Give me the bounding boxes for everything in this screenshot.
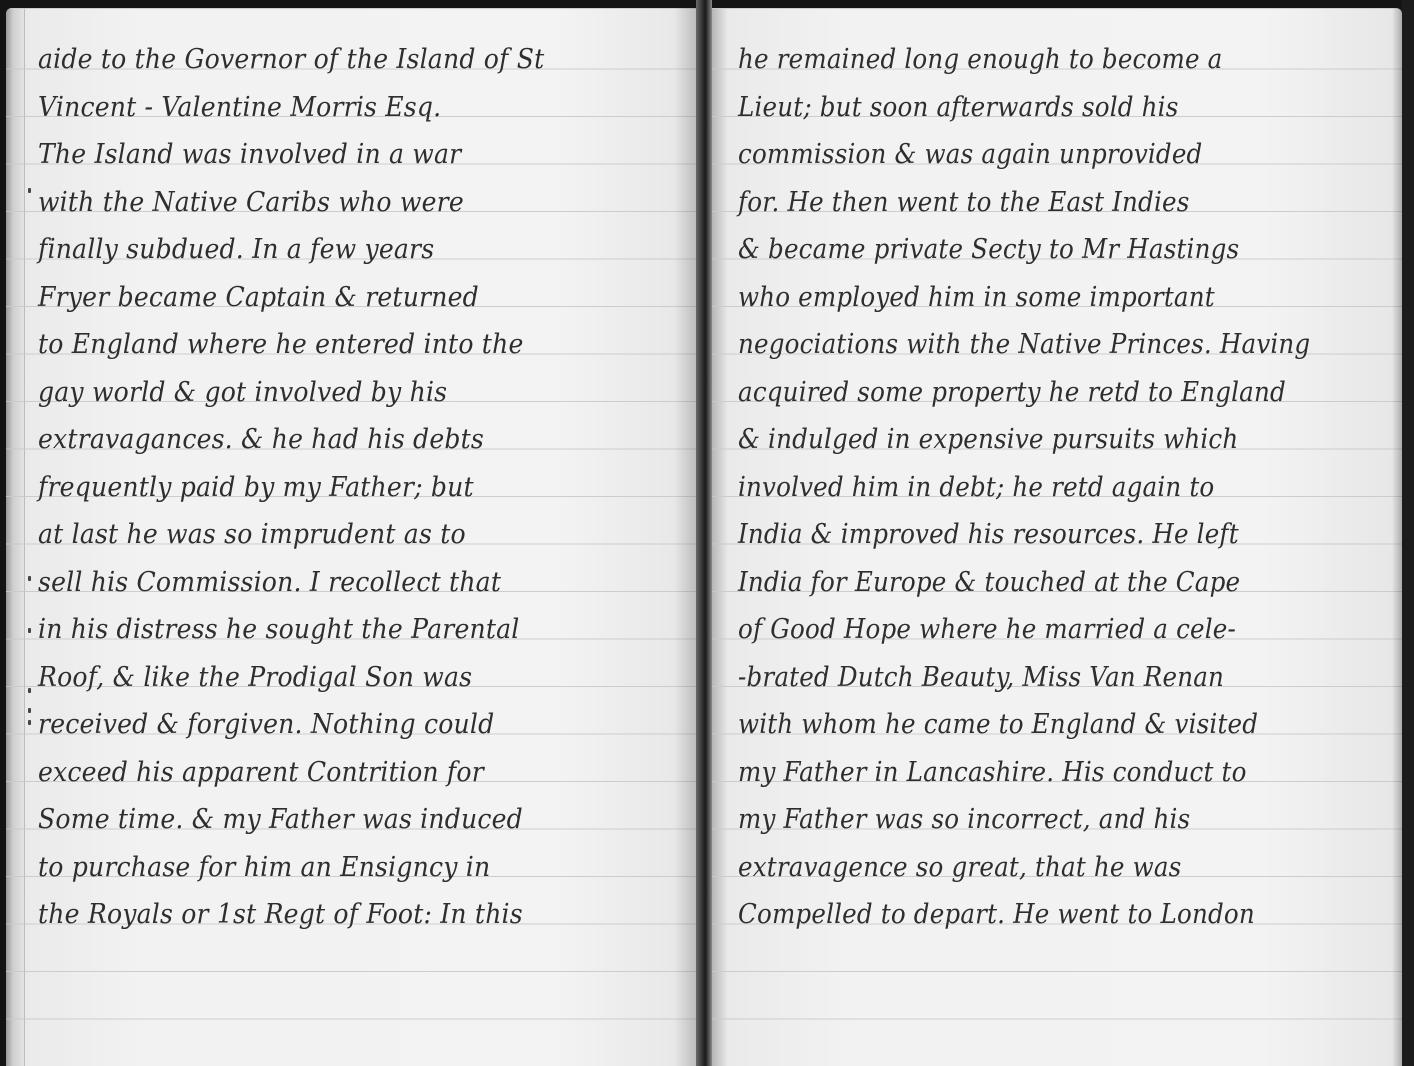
manuscript-line: India for Europe & touched at the Cape [738, 559, 1326, 607]
manuscript-line: received & forgiven. Nothing could [38, 701, 628, 749]
manuscript-line: finally subdued. In a few years [38, 226, 628, 274]
manuscript-line: at last he was so imprudent as to [38, 511, 628, 559]
right-page-text: he remained long enough to become a Lieu… [738, 36, 1384, 939]
manuscript-line: with the Native Caribs who were [38, 179, 628, 227]
manuscript-line: Compelled to depart. He went to London [738, 891, 1326, 939]
book-gutter [696, 0, 712, 1066]
manuscript-line: & became private Secty to Mr Hastings [738, 226, 1326, 274]
manuscript-line: commission & was again unprovided [738, 131, 1326, 179]
manuscript-line: Some time. & my Father was induced [38, 796, 628, 844]
manuscript-line: aide to the Governor of the Island of St [38, 36, 628, 84]
manuscript-line: of Good Hope where he married a cele- [738, 606, 1326, 654]
manuscript-line: -brated Dutch Beauty, Miss Van Renan [738, 654, 1326, 702]
manuscript-line: the Royals or 1st Regt of Foot: In this [38, 891, 628, 939]
manuscript-line: in his distress he sought the Parental [38, 606, 628, 654]
manuscript-line: negociations with the Native Princes. Ha… [738, 321, 1326, 369]
open-notebook: aide to the Governor of the Island of St… [0, 0, 1414, 1066]
manuscript-line: involved him in debt; he retd again to [738, 464, 1326, 512]
manuscript-line: exceed his apparent Contrition for [38, 749, 628, 797]
manuscript-line: extravagances. & he had his debts [38, 416, 628, 464]
manuscript-line: he remained long enough to become a [738, 36, 1326, 84]
manuscript-line: frequently paid by my Father; but [38, 464, 628, 512]
right-page: he remained long enough to become a Lieu… [712, 8, 1402, 1066]
manuscript-line: The Island was involved in a war [38, 131, 628, 179]
manuscript-line: gay world & got involved by his [38, 369, 628, 417]
manuscript-line: Vincent - Valentine Morris Esq. [38, 84, 628, 132]
manuscript-line: India & improved his resources. He left [738, 511, 1326, 559]
manuscript-line: Fryer became Captain & returned [38, 274, 628, 322]
book-edge [1402, 0, 1414, 1066]
manuscript-line: acquired some property he retd to Englan… [738, 369, 1326, 417]
manuscript-line: my Father was so incorrect, and his [738, 796, 1326, 844]
manuscript-line: extravagence so great, that he was [738, 844, 1326, 892]
margin-marks [28, 8, 34, 1066]
manuscript-line: & indulged in expensive pursuits which [738, 416, 1326, 464]
manuscript-line: for. He then went to the East Indies [738, 179, 1326, 227]
manuscript-line: Lieut; but soon afterwards sold his [738, 84, 1326, 132]
manuscript-line: to purchase for him an Ensigncy in [38, 844, 628, 892]
manuscript-line: sell his Commission. I recollect that [38, 559, 628, 607]
manuscript-line: Roof, & like the Prodigal Son was [38, 654, 628, 702]
manuscript-line: my Father in Lancashire. His conduct to [738, 749, 1326, 797]
manuscript-line: with whom he came to England & visited [738, 701, 1326, 749]
left-page-text: aide to the Governor of the Island of St… [38, 36, 672, 939]
manuscript-line: to England where he entered into the [38, 321, 628, 369]
left-page: aide to the Governor of the Island of St… [6, 8, 696, 1066]
manuscript-line: who employed him in some important [738, 274, 1326, 322]
